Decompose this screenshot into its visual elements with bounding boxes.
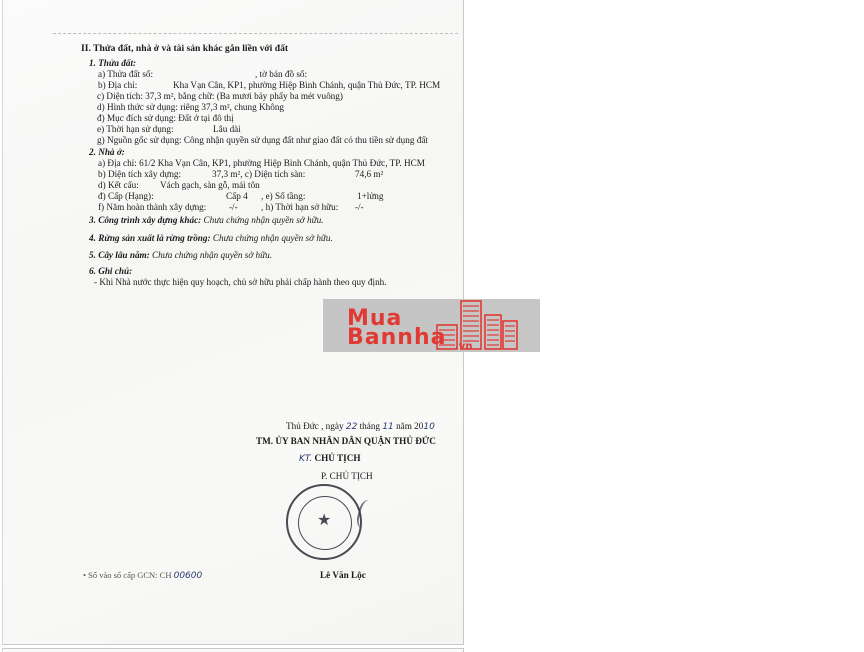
house-floor-area: 74,6 m² [355, 169, 383, 180]
land-area: c) Diện tích: 37,3 m², bằng chữ: (Ba mươ… [97, 91, 343, 102]
other-construction-value: Chưa chứng nhận quyền sở hữu. [204, 215, 324, 225]
house-build-area-value: 37,3 m², c) Diện tích sàn: [212, 169, 305, 180]
house-build-area-label: b) Diện tích xây dựng: [98, 169, 181, 180]
land-term-label: e) Thời hạn sử dụng: [97, 124, 174, 135]
next-page-edge [2, 648, 464, 652]
land-term-value: Lâu dài [213, 124, 241, 135]
muabannha-watermark: Mua Bannha .vn [323, 299, 540, 352]
buildings-icon [435, 299, 519, 351]
perennial-trees: 5. Cây lâu năm: Chưa chứng nhận quyền sở… [89, 250, 272, 261]
top-divider [53, 33, 458, 34]
certificate-number-value: 00600 [174, 571, 203, 581]
house-year-label: f) Năm hoàn thành xây dựng: [98, 202, 206, 213]
land-origin: g) Nguồn gốc sử dụng: Công nhận quyền sử… [97, 135, 428, 146]
house-year-value: -/- [229, 202, 238, 213]
other-construction-heading: 3. Công trình xây dựng khác: [89, 215, 201, 225]
production-forest: 4. Rừng sản xuất là rừng trồng: Chưa chứ… [89, 233, 333, 244]
house-ownership-term-value: -/- [355, 202, 364, 213]
land-usage-form: d) Hình thức sử dụng: riêng 37,3 m², chu… [97, 102, 284, 113]
other-construction: 3. Công trình xây dựng khác: Chưa chứng … [89, 215, 323, 226]
production-forest-value: Chưa chứng nhận quyền sở hữu. [213, 233, 333, 243]
signer-title: KT. CHỦ TỊCH [299, 453, 361, 465]
house-grade-value: Cấp 4 [226, 191, 248, 202]
section-title: II. Thửa đất, nhà ở và tài sản khác gắn … [81, 43, 288, 54]
notes-heading: 6. Ghi chú: [89, 266, 132, 277]
signing-day: 22 [346, 422, 357, 432]
house-floors-label: , e) Số tầng: [261, 191, 305, 202]
signing-year: 10 [423, 422, 434, 432]
house-floors-value: 1+lửng [357, 191, 384, 202]
land-heading: 1. Thửa đất: [89, 58, 136, 69]
perennial-trees-value: Chưa chứng nhận quyền sở hữu. [152, 250, 272, 260]
land-parcel-number: a) Thửa đất số: [98, 69, 153, 80]
kt-mark: KT. [299, 454, 312, 464]
production-forest-heading: 4. Rừng sản xuất là rừng trồng: [89, 233, 211, 243]
house-structure-value: Vách gạch, sàn gỗ, mái tôn [160, 180, 260, 191]
land-address-value: Kha Vạn Cân, KP1, phường Hiệp Bình Chánh… [173, 80, 440, 91]
land-address-label: b) Địa chỉ: [98, 80, 137, 91]
signing-month: 11 [382, 422, 393, 432]
certificate-record-number: • Số vào sổ cấp GCN: CH 00600 [83, 570, 202, 582]
watermark-line2: Bannha [347, 327, 446, 349]
house-structure-label: d) Kết cấu: [98, 180, 139, 191]
house-ownership-term-label: , h) Thời hạn sở hữu: [261, 202, 338, 213]
issuing-authority: TM. ỦY BAN NHÂN DÂN QUẬN THỦ ĐỨC [256, 436, 436, 447]
house-address: a) Địa chỉ: 61/2 Kha Vạn Cân, KP1, phườn… [98, 158, 425, 169]
notes-text: - Khi Nhà nước thực hiện quy hoạch, chủ … [94, 277, 387, 288]
land-map-sheet: , tờ bản đồ số: [255, 69, 307, 80]
house-grade-label: đ) Cấp (Hạng): [98, 191, 154, 202]
official-seal-icon: ★ [286, 484, 362, 560]
house-heading: 2. Nhà ở: [89, 147, 125, 158]
handwritten-signature [354, 498, 381, 532]
perennial-trees-heading: 5. Cây lâu năm: [89, 250, 150, 260]
vice-chairman-title: P. CHỦ TỊCH [321, 471, 373, 482]
land-purpose: đ) Mục đích sử dụng: Đất ở tại đô thị [97, 113, 234, 124]
signing-date: Thủ Đức , ngày 22 tháng 11 năm 2010 [286, 421, 435, 433]
signer-name: Lê Văn Lộc [320, 570, 366, 581]
